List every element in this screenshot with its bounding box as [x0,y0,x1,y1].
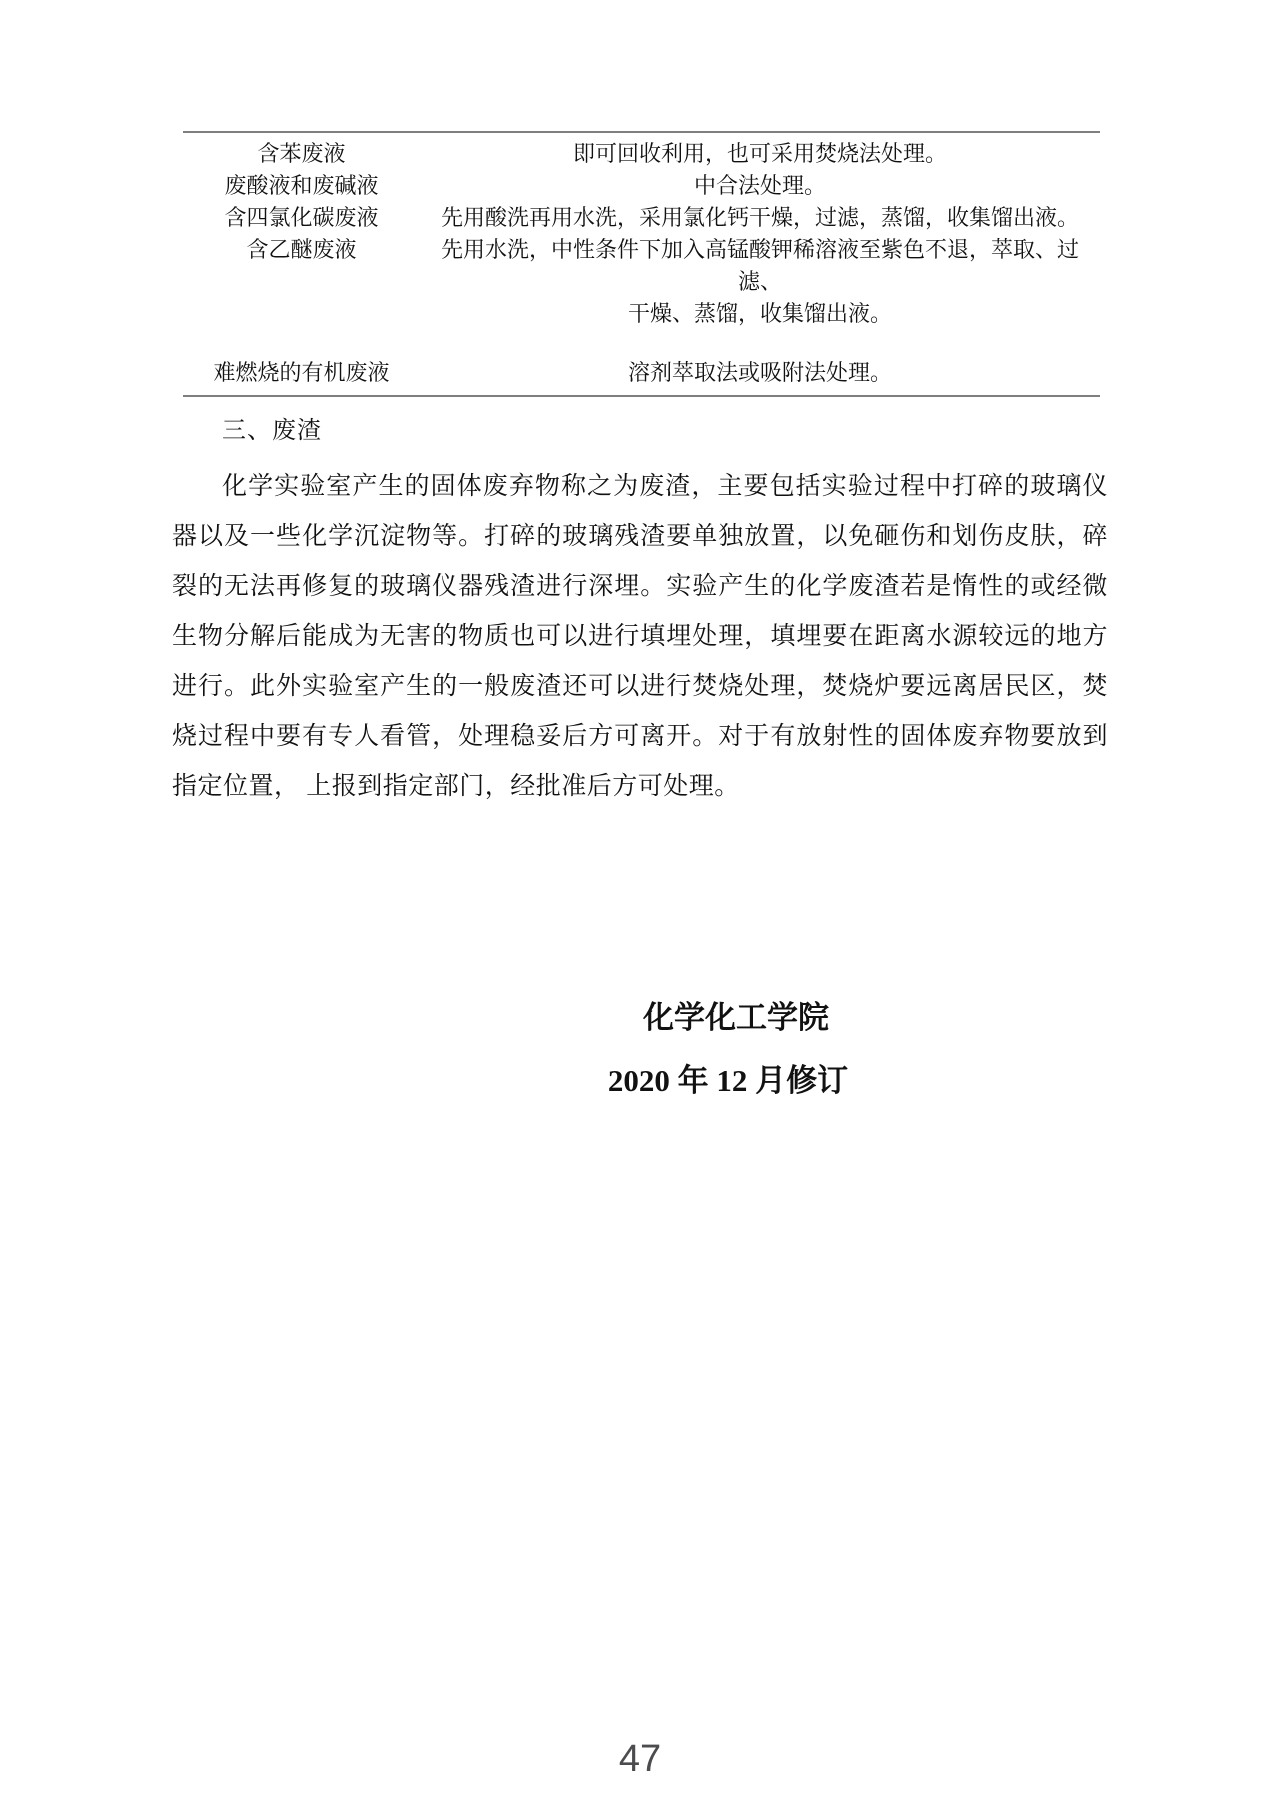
table-row: 含四氯化碳废液 先用酸洗再用水洗，采用氯化钙干燥，过滤，蒸馏，收集馏出液。 [183,202,1100,234]
page-number: 47 [619,1738,661,1781]
treatment-cell: 先用酸洗再用水洗，采用氯化钙干燥，过滤，蒸馏，收集馏出液。 [420,202,1100,234]
waste-type-cell: 难燃烧的有机废液 [183,330,420,396]
treatment-cell: 溶剂萃取法或吸附法处理。 [420,330,1100,396]
footer-institution: 化学化工学院 [643,992,829,1037]
footer-revision: 2020 年 12 月修订 [608,1055,848,1100]
waste-treatment-table: 含苯废液 即可回收利用，也可采用焚烧法处理。 废酸液和废碱液 中合法处理。 含四… [183,131,1100,397]
body-paragraph: 化学实验室产生的固体废弃物称之为废渣，主要包括实验过程中打碎的玻璃仪器以及一些化… [172,462,1108,812]
table-row: 含乙醚废液 先用水洗，中性条件下加入高锰酸钾稀溶液至紫色不退，萃取、过滤、 干燥… [183,234,1100,330]
table-row: 废酸液和废碱液 中合法处理。 [183,170,1100,202]
treatment-cell: 即可回收利用，也可采用焚烧法处理。 [420,132,1100,170]
section-heading: 三、废渣 [222,416,322,446]
table-row: 含苯废液 即可回收利用，也可采用焚烧法处理。 [183,132,1100,170]
treatment-cell: 中合法处理。 [420,170,1100,202]
table-row: 难燃烧的有机废液 溶剂萃取法或吸附法处理。 [183,330,1100,396]
waste-type-cell: 含四氯化碳废液 [183,202,420,234]
treatment-line: 干燥、蒸馏，收集馏出液。 [420,298,1100,330]
treatment-line: 先用水洗，中性条件下加入高锰酸钾稀溶液至紫色不退，萃取、过滤、 [420,234,1100,298]
waste-type-cell: 废酸液和废碱液 [183,170,420,202]
document-page: 含苯废液 即可回收利用，也可采用焚烧法处理。 废酸液和废碱液 中合法处理。 含四… [0,0,1279,1809]
waste-type-cell: 含乙醚废液 [183,234,420,330]
waste-type-cell: 含苯废液 [183,132,420,170]
treatment-cell: 先用水洗，中性条件下加入高锰酸钾稀溶液至紫色不退，萃取、过滤、 干燥、蒸馏，收集… [420,234,1100,330]
